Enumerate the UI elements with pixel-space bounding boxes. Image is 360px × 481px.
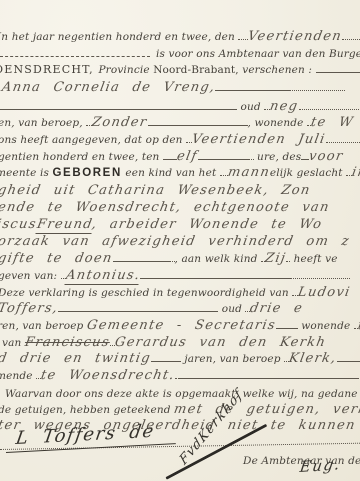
- dash-rule: [151, 349, 181, 362]
- handwritten-text: mann: [226, 164, 271, 181]
- document-line: oud neg: [0, 96, 359, 113]
- document-line: orzaak van afwezigheid verhinderd om z: [0, 231, 350, 248]
- dash-rule: [276, 316, 298, 329]
- document-line: In het jaar negentien honderd en twee, d…: [0, 26, 360, 43]
- printed-text: , aan welk kind: [175, 253, 262, 265]
- geboren-label: GEBOREN: [53, 167, 122, 179]
- document-line: ren, van beroep Gemeente - Secretaris wo…: [0, 315, 360, 332]
- document-line: gentien honderd en twee, ten elf ure, de…: [0, 146, 344, 163]
- document-line: Deze verklaring is geschied in tegenwoor…: [0, 282, 351, 299]
- document-line: Anna Cornelia de Vreng,: [2, 77, 345, 94]
- dash-rule: [0, 97, 237, 110]
- dash-rule: [316, 60, 360, 73]
- dotted-leader: [342, 27, 360, 40]
- printed-text: OENSDRECHT,: [0, 63, 98, 76]
- document-line: iscus Freund, arbeider Wonende te Wo: [0, 214, 323, 231]
- document-line: OENSDRECHT, Provincie Noord-Brabant, ver…: [0, 59, 360, 76]
- handwritten-text: te Woensdrecht.: [40, 367, 177, 384]
- dash-rule: [148, 113, 248, 126]
- handwritten-text: Ludovi: [297, 284, 352, 301]
- printed-text: geven van:: [0, 270, 61, 282]
- printed-text: heeft ve: [290, 253, 337, 265]
- printed-text: elijk geslacht: [270, 167, 346, 179]
- dash-rule: [140, 266, 290, 279]
- signature-official: Eug.: [299, 455, 342, 476]
- dotted-leader: [290, 78, 345, 91]
- dash-rule: [337, 349, 360, 362]
- printed-text: meente is: [0, 167, 53, 179]
- document-line: van FranciscusGerardus van den Kerkh: [2, 332, 326, 349]
- document-line: meente is GEBOREN een kind van het manne…: [0, 162, 360, 179]
- document-line: mende te Woensdrecht.: [0, 365, 359, 382]
- document-line: Waarvan door ons deze akte is opgemaakt,…: [5, 383, 360, 400]
- document-line: Toffers, oud drie e: [0, 298, 303, 315]
- printed-text: , wonende: [248, 117, 308, 129]
- printed-text: oud: [218, 303, 245, 315]
- dotted-leader: [290, 266, 350, 279]
- document-line: is voor ons Ambtenaar van den Burgerl: [0, 43, 360, 60]
- dash-rule: [198, 147, 248, 160]
- printed-text: Provincie: [98, 64, 153, 76]
- document-line: geven van: Antonius.: [0, 265, 350, 282]
- printed-text: een kind van het: [122, 167, 220, 179]
- dotted-leader: [299, 97, 359, 110]
- printed-text: mende: [0, 370, 36, 382]
- document-page: In het jaar negentien honderd en twee, d…: [0, 0, 360, 481]
- printed-text: en, van beroep,: [0, 117, 86, 129]
- dash-rule: [58, 299, 218, 312]
- dash-rule: [163, 147, 177, 160]
- document-line: gheid uit Catharina Wesenbeek, Zon: [0, 180, 311, 197]
- printed-text: ren, van beroep: [0, 320, 87, 332]
- document-line: en, van beroep, Zonder, wonende te W: [0, 112, 354, 129]
- dash-rule: [179, 366, 359, 379]
- handwritten-text: Anna Cornelia de Vreng,: [1, 79, 217, 96]
- printed-text: verschenen :: [242, 64, 315, 76]
- printed-text: In het jaar negentien honderd en twee, d…: [0, 31, 238, 43]
- dash-rule: [215, 78, 290, 91]
- document-line: de getuigen, hebben geteekend met de get…: [0, 399, 360, 416]
- document-line: gifte te doen , aan welk kind Zij heeft …: [0, 248, 338, 265]
- dotted-leader: [326, 130, 360, 143]
- dash-rule: [113, 249, 169, 262]
- printed-text: ons heeft aangegeven, dat op den: [0, 134, 186, 146]
- printed-text: Noord-Brabant,: [153, 64, 242, 76]
- printed-text: wonende: [298, 320, 354, 332]
- document-line: ende te Woensdrecht, echtgenoote van: [0, 197, 330, 214]
- printed-text: jaren, van beroep: [181, 353, 284, 365]
- dashdot-rule: [0, 44, 150, 57]
- document-line: ons heeft aangegeven, dat op den Veertie…: [0, 129, 360, 146]
- document-line: d drie en twintig jaren, van beroep Kler…: [0, 348, 360, 365]
- handwritten-text: in: [351, 164, 360, 181]
